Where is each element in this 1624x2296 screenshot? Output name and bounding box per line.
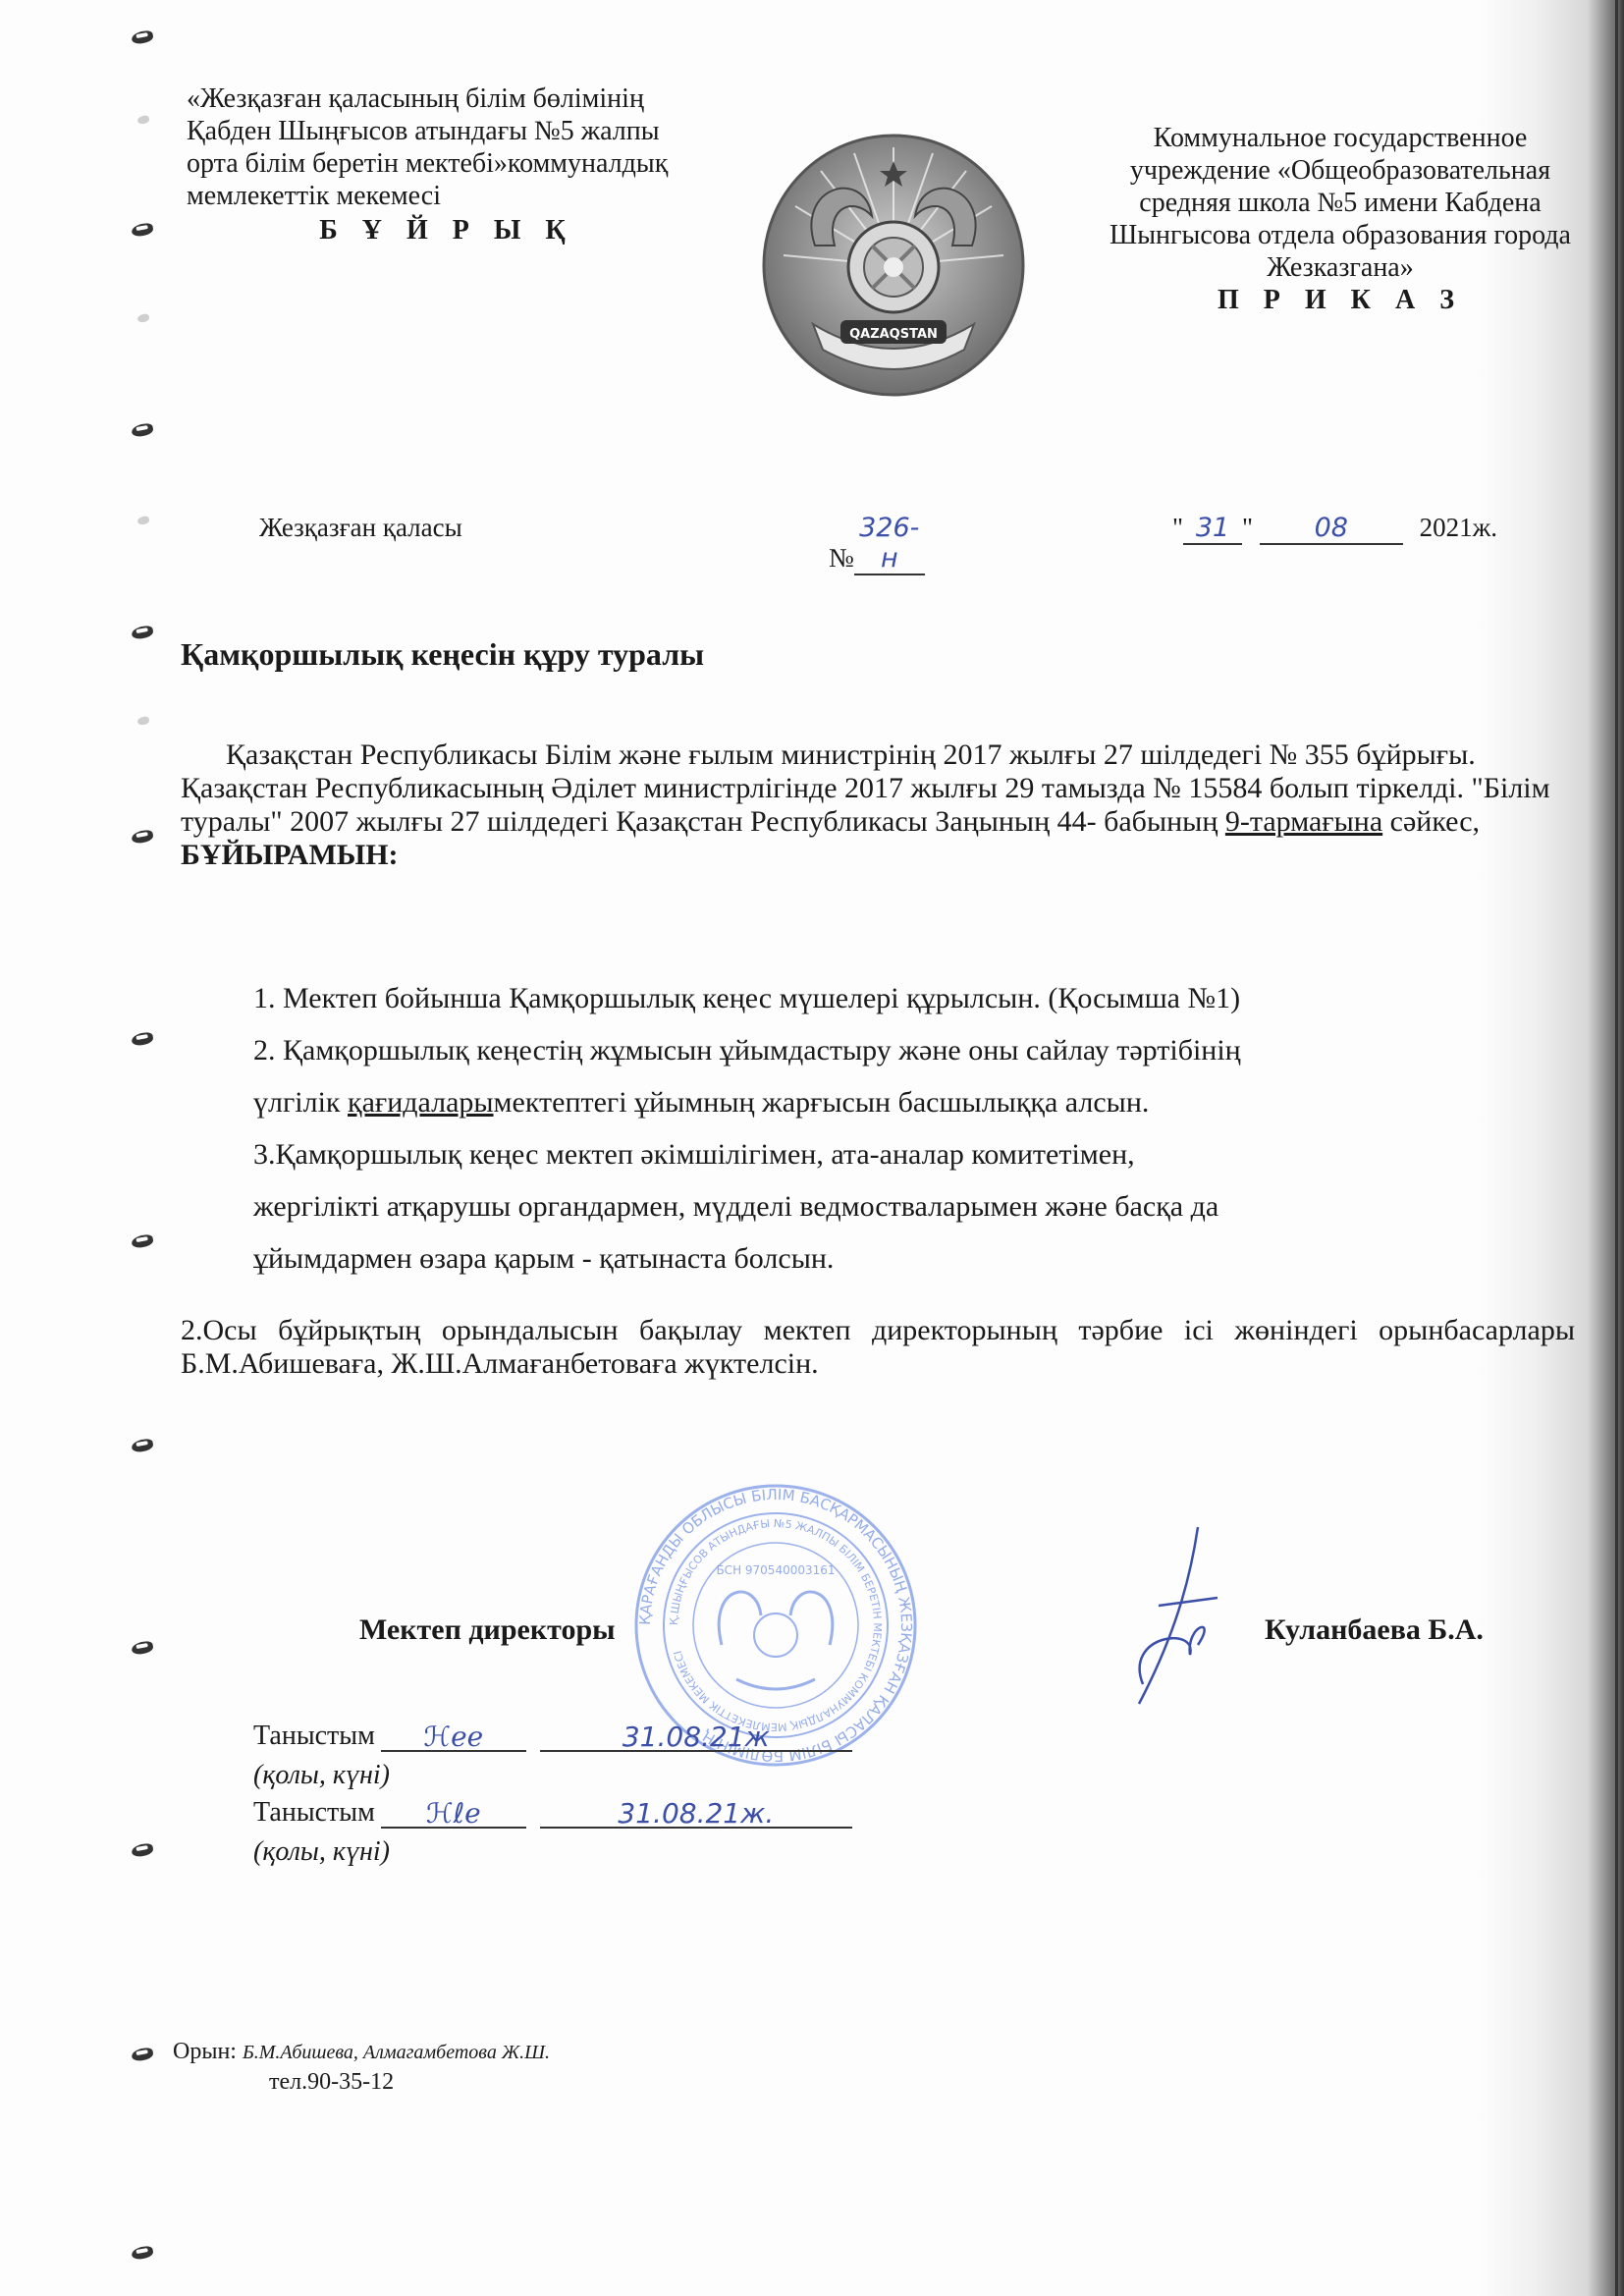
- order-item-1: 1. Мектеп бойынша Қамқоршылық кеңес мүше…: [253, 972, 1589, 1024]
- punch-hole-mark: [131, 625, 154, 640]
- svg-text:QAZAQSTAN: QAZAQSTAN: [849, 327, 938, 342]
- punch-hole-mark: [131, 2047, 154, 2062]
- legal-reference-link: 9-тармағына: [1225, 805, 1382, 838]
- rules-reference-link: қағидалары: [348, 1086, 494, 1119]
- prepared-by-names: Б.М.Абишева, Алмагамбетова Ж.Ш.: [243, 2042, 550, 2063]
- date-month-handwritten: 08: [1260, 513, 1403, 545]
- punch-hole-mark: [136, 516, 149, 525]
- acknowledgement-signature: ℋℯℯ: [381, 1721, 526, 1752]
- order-item-3-cont: ұйымдармен өзара қарым - қатынаста болсы…: [253, 1232, 1589, 1285]
- kazakhstan-emblem-icon: QAZAQSTAN: [756, 128, 1031, 403]
- punch-hole-mark: [131, 29, 154, 45]
- punch-hole-mark: [131, 1842, 154, 1858]
- signatory-position: Мектеп директоры: [359, 1613, 616, 1647]
- order-item-3: 3.Қамқоршылық кеңес мектеп әкімшілігімен…: [253, 1128, 1589, 1180]
- order-number: №326-н: [829, 513, 925, 575]
- punch-hole-mark: [136, 313, 149, 323]
- acknowledgement-date-handwritten: 31.08.21ж: [540, 1721, 852, 1752]
- order-number-handwritten: 326-н: [854, 513, 925, 575]
- org-name-line: Коммунальное государственное: [1090, 122, 1591, 154]
- header-right-russian: Коммунальное государственное учреждение …: [1090, 122, 1591, 316]
- order-word: БҰЙЫРАМЫН:: [181, 839, 399, 871]
- number-sign: №: [829, 543, 854, 573]
- city-label: Жезқазған қаласы: [259, 513, 462, 543]
- prepared-by-label: Орын:: [173, 2039, 237, 2064]
- org-name-line: Жезказгана»: [1090, 251, 1591, 284]
- svg-text:БСН 970540003161: БСН 970540003161: [716, 1563, 835, 1577]
- order-item-3-cont: жергілікті атқарушы органдармен, мүдделі…: [253, 1180, 1589, 1232]
- punch-hole-mark: [131, 2245, 154, 2261]
- punch-hole-mark: [136, 115, 149, 125]
- preamble-paragraph: Қазақстан Республикасы Білім және ғылым …: [181, 738, 1575, 872]
- acknowledgement-date-handwritten: 31.08.21ж.: [540, 1797, 852, 1829]
- contact-phone: тел.90-35-12: [173, 2067, 550, 2097]
- order-date: "31" 08 2021ж.: [1172, 513, 1497, 545]
- punch-hole-mark: [136, 716, 149, 726]
- order-items-list: 1. Мектеп бойынша Қамқоршылық кеңес мүше…: [253, 972, 1589, 1285]
- org-name-line: учреждение «Общеобразовательная: [1090, 154, 1591, 187]
- order-item-2-cont: үлгілік қағидаларымектептегі ұйымның жар…: [253, 1076, 1589, 1128]
- acknowledgement-row: Таныстымℋℓℯ31.08.21ж.: [253, 1797, 852, 1829]
- punch-hole-mark: [131, 422, 154, 438]
- signatory-name: Куланбаева Б.А.: [1265, 1613, 1484, 1647]
- date-day-handwritten: 31: [1183, 513, 1242, 545]
- acknowledged-label: Таныстым: [253, 1721, 375, 1752]
- acknowledgement-row: Таныстымℋℯℯ31.08.21ж: [253, 1721, 852, 1752]
- date-year: 2021ж.: [1420, 513, 1497, 542]
- org-name-line: Қабден Шыңғысов атындағы №5 жалпы: [187, 115, 736, 147]
- signature-date-caption: (қолы, күні): [253, 1836, 390, 1868]
- org-name-line: «Жезқазған қаласының білім бөлімінің: [187, 82, 736, 115]
- punch-hole-mark: [131, 1640, 154, 1656]
- punch-hole-mark: [131, 1031, 154, 1047]
- acknowledged-label: Таныстым: [253, 1797, 375, 1829]
- svg-text:Қ.ШЫҢҒЫСОВ АТЫНДАҒЫ №5 ЖАЛПЫ Б: Қ.ШЫҢҒЫСОВ АТЫНДАҒЫ №5 ЖАЛПЫ БІЛІМ БЕРЕТ…: [668, 1517, 884, 1733]
- signature-date-caption: (қолы, күні): [253, 1760, 390, 1791]
- org-name-line: средняя школа №5 имени Кабдена: [1090, 187, 1591, 219]
- org-name-line: орта білім беретін мектебі»коммуналдық: [187, 147, 736, 180]
- doc-type-title-russian: П Р И К А З: [1090, 284, 1591, 316]
- director-handwritten-signature: [1129, 1517, 1267, 1714]
- prepared-by-footer: Орын: Б.М.Абишева, Алмагамбетова Ж.Ш. те…: [173, 2037, 550, 2097]
- header-left-kazakh: «Жезқазған қаласының білім бөлімінің Қаб…: [187, 82, 736, 246]
- order-item-2: 2. Қамқоршылық кеңестің жұмысын ұйымдаст…: [253, 1024, 1589, 1076]
- punch-hole-mark: [131, 1233, 154, 1249]
- punch-hole-mark: [131, 829, 154, 845]
- order-subject-heading: Қамқоршылық кеңесін құру туралы: [181, 636, 704, 673]
- doc-type-title-kazakh: Б Ұ Й Р Ы Қ: [187, 214, 736, 246]
- org-name-line: Шынгысова отдела образования города: [1090, 219, 1591, 251]
- control-clause: 2.Осы бұйрықтың орындалысын бақылау мект…: [181, 1314, 1575, 1381]
- punch-hole-mark: [131, 222, 154, 238]
- org-name-line: мемлекеттік мекемесі: [187, 180, 736, 212]
- punch-hole-mark: [131, 1438, 154, 1453]
- acknowledgement-signature: ℋℓℯ: [381, 1797, 526, 1829]
